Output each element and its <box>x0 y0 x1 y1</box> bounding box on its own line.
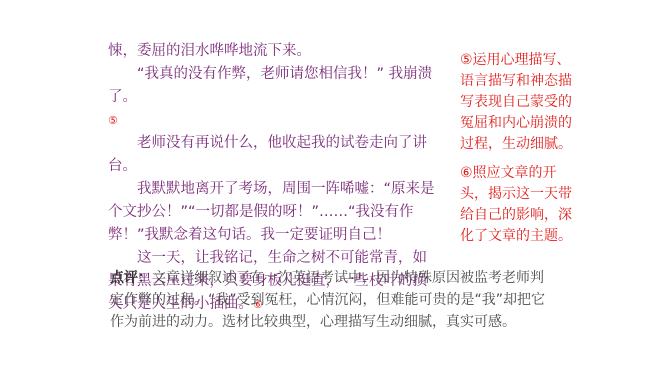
annotation-note-6-text: ⑥照应文章的开头，揭示这一天带给自己的影响，深化了文章的主题。 <box>448 163 578 247</box>
story-paragraph-4: 我默默地离开了考场，周围一阵唏嘘：“原来是个文抄公！”“一切都是假的呀！”……“… <box>108 178 440 247</box>
story-paragraph-2-text: “我真的没有作弊，老师请您相信我！” 我崩溃了。 <box>108 66 432 105</box>
comment-label: 点评： <box>110 270 152 286</box>
comment-block: 点评：文章详细叙述了在一次英语考试中，因为特殊原因被监考老师判定作弊的过程。“我… <box>110 267 550 333</box>
story-line-1: 悚，委屈的泪水哗哗地流下来。 <box>108 40 440 63</box>
annotation-marker-5: ⑤ <box>108 114 118 127</box>
annotation-note-5-text: ⑤运用心理描写、语言描写和神态描写表现自己蒙受的冤屈和内心崩溃的过程，生动细腻。 <box>448 50 578 155</box>
annotation-note-6: ⑥照应文章的开头，揭示这一天带给自己的影响，深化了文章的主题。 <box>448 163 578 247</box>
comment-text: 文章详细叙述了在一次英语考试中，因为特殊原因被监考老师判定作弊的过程。“我”受到… <box>110 270 545 330</box>
story-paragraph-2: “我真的没有作弊，老师请您相信我！” 我崩溃了。⑤ <box>108 63 440 132</box>
story-paragraph-3: 老师没有再说什么，他收起我的试卷走向了讲台。 <box>108 132 440 178</box>
annotation-note-5: ⑤运用心理描写、语言描写和神态描写表现自己蒙受的冤屈和内心崩溃的过程，生动细腻。 <box>448 50 578 155</box>
